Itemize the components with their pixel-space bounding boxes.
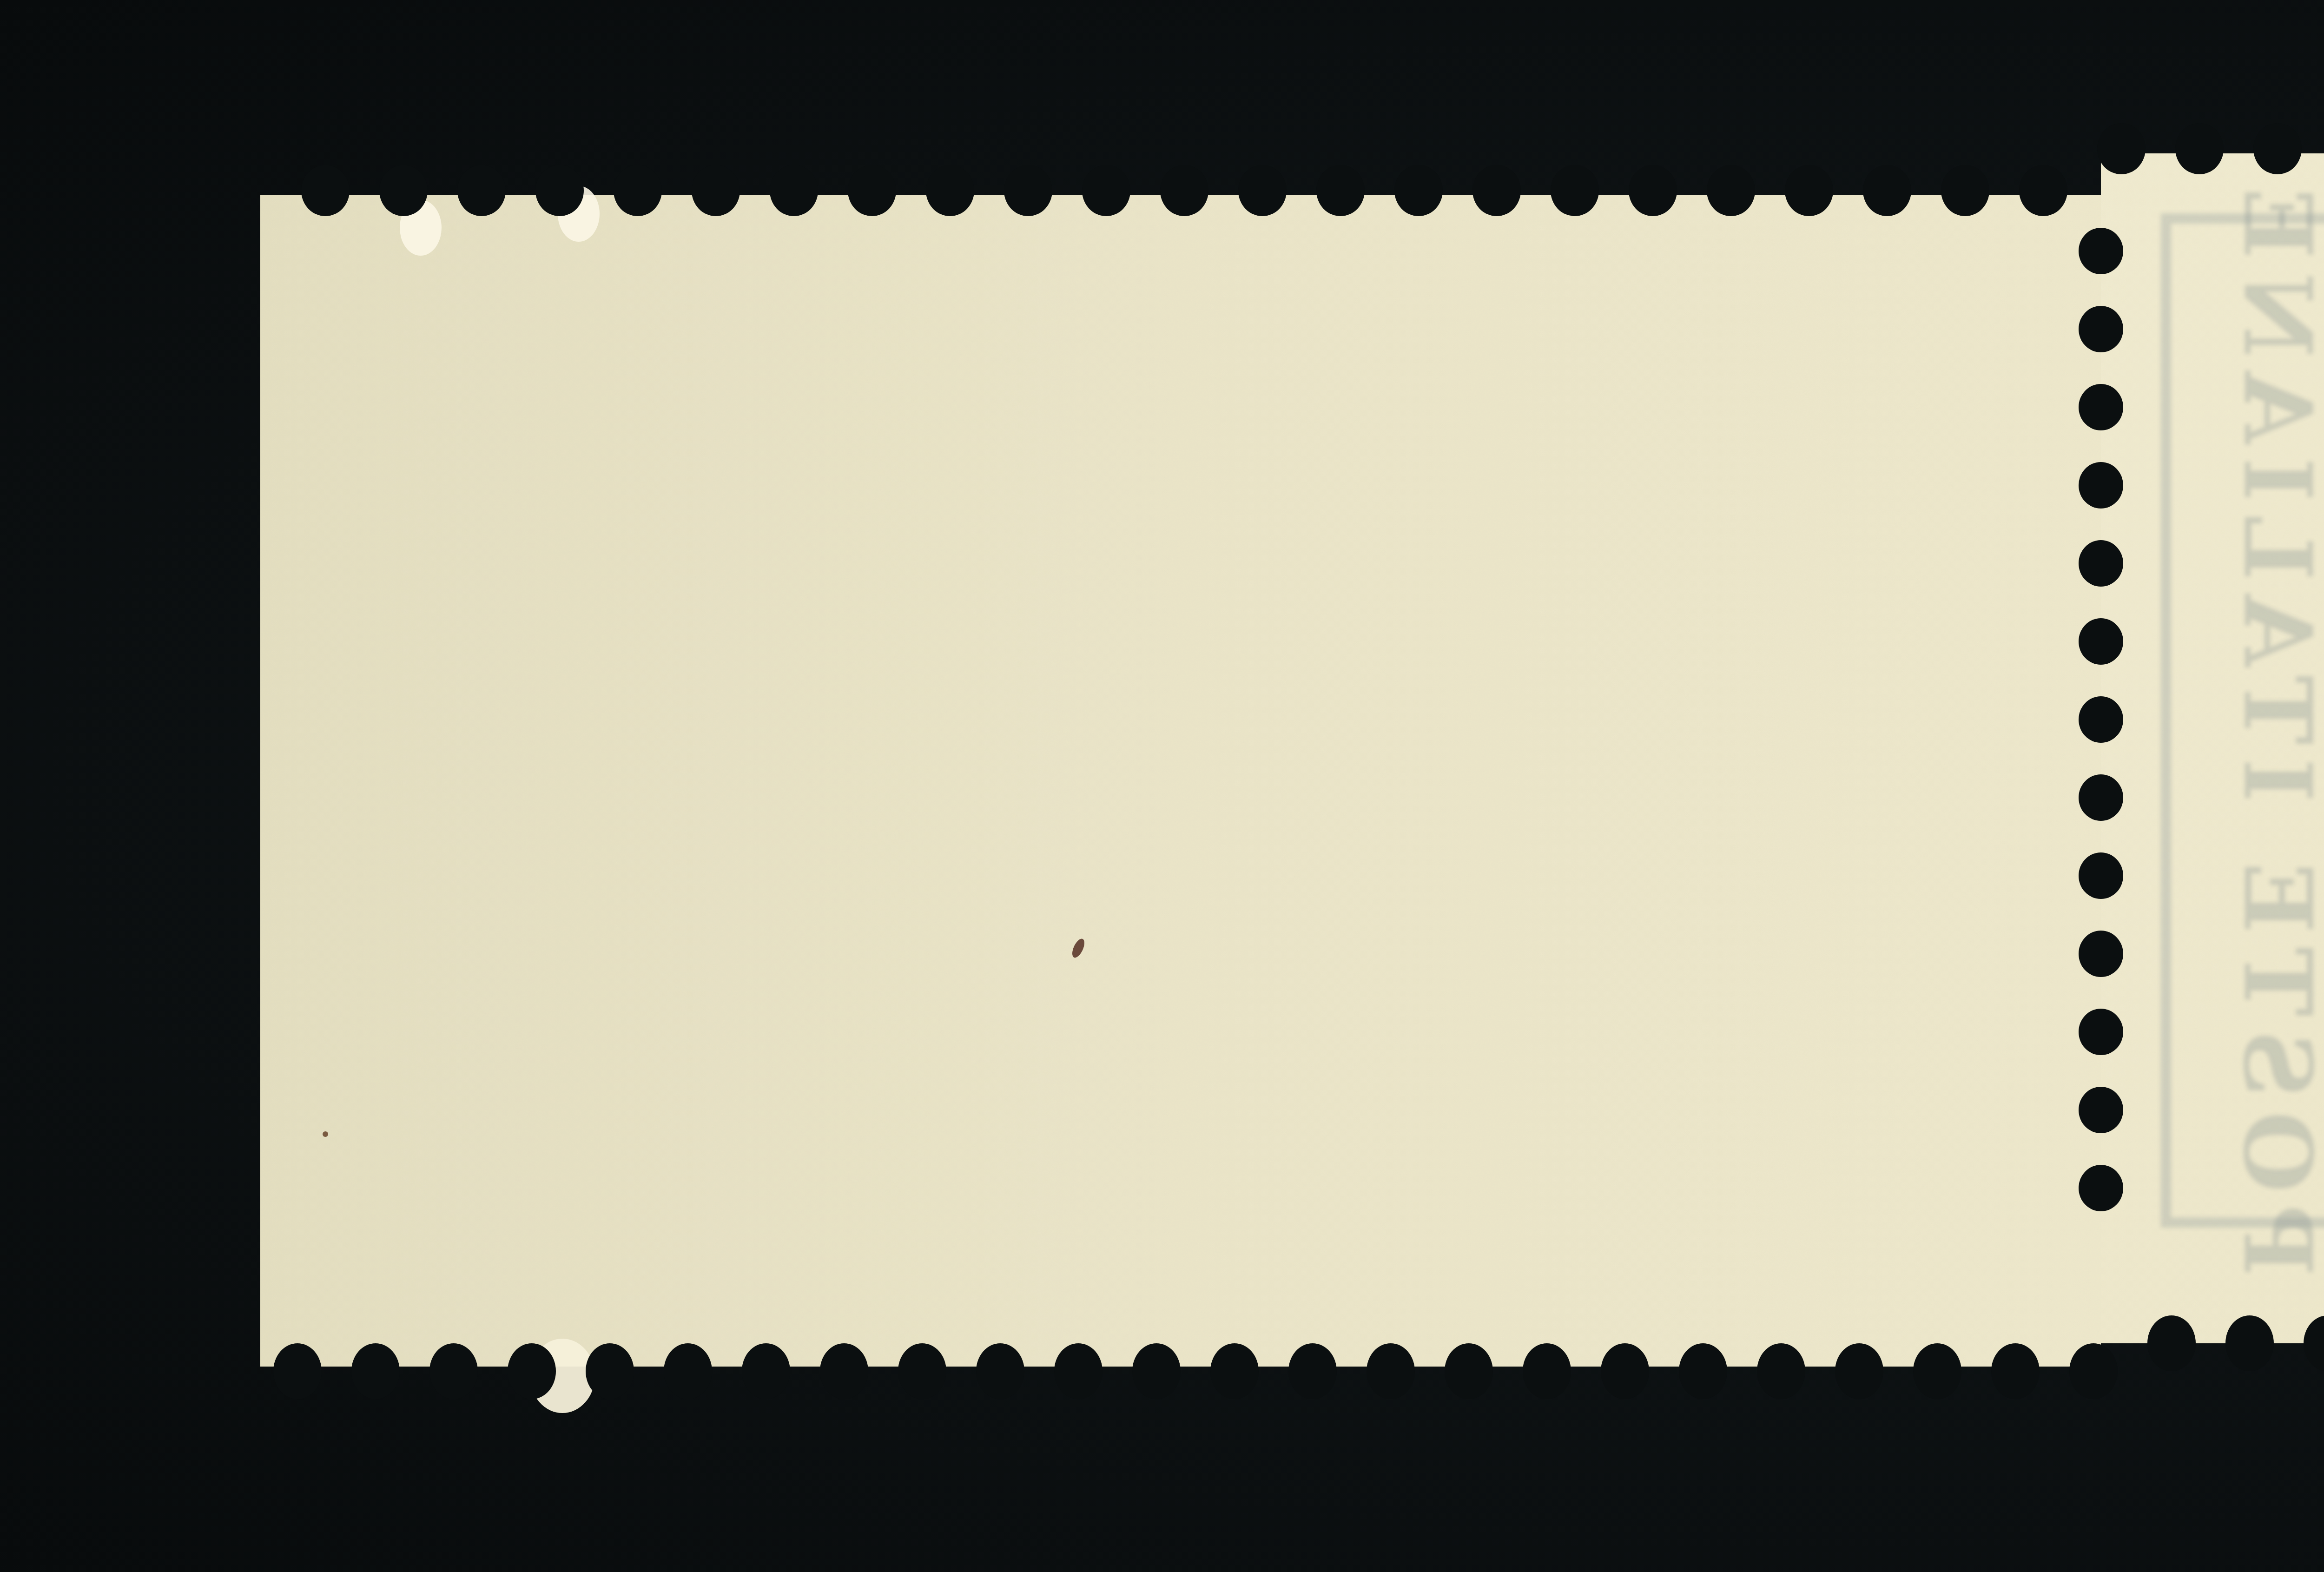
selvage-tab <box>260 195 2101 1367</box>
paper-strip <box>260 153 2324 1413</box>
stamp-scan: POSTE ITALIANE CENT BE4a Reverse side of… <box>0 0 2324 1572</box>
showthrough-left-text: POSTE ITALIANE <box>2223 174 2324 1276</box>
stamp-scene: POSTE ITALIANE CENT BE4a <box>0 0 2324 1572</box>
